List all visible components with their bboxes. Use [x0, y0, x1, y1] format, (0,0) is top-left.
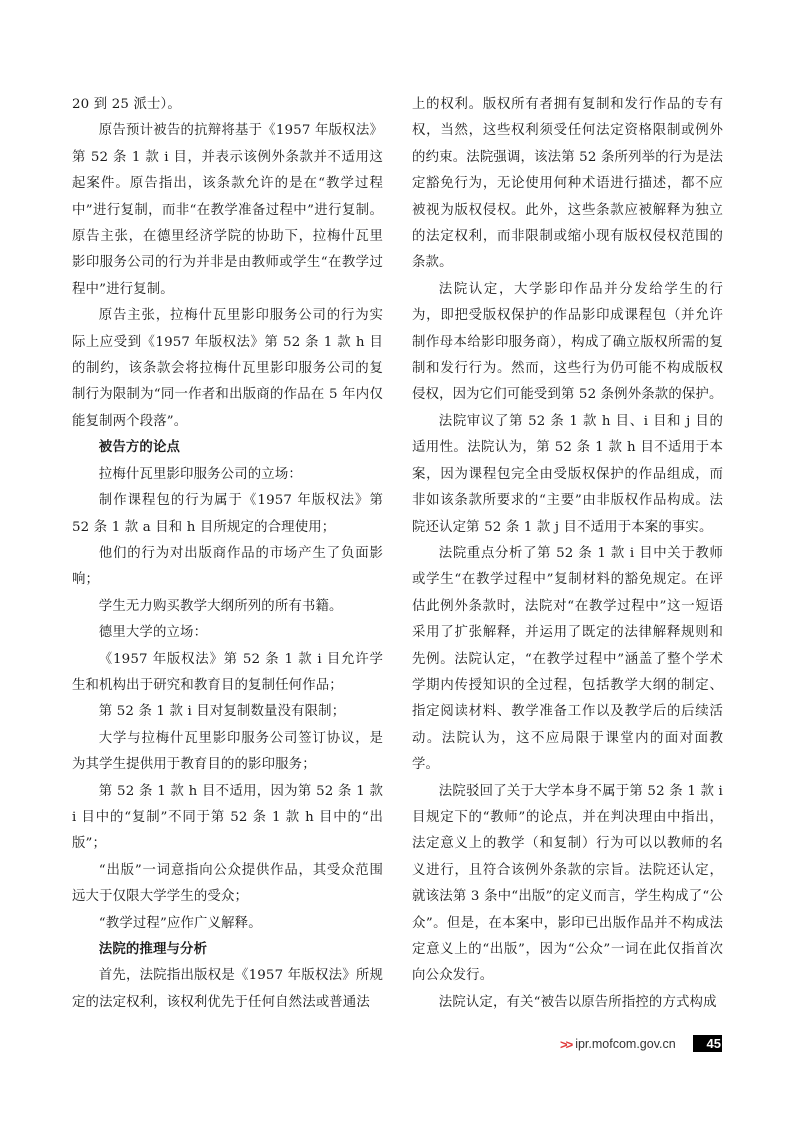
paragraph: 20 到 25 派士）。: [72, 92, 383, 118]
left-column: 20 到 25 派士）。 原告预计被告的抗辩将基于《1957 年版权法》第 52…: [72, 92, 383, 1016]
page-number: 45: [693, 1035, 722, 1052]
paragraph: 他们的行为对出版商作品的市场产生了负面影响；: [72, 541, 383, 594]
footer-website-link[interactable]: ipr.mofcom.gov.cn: [575, 1037, 676, 1051]
paragraph: 原告预计被告的抗辩将基于《1957 年版权法》第 52 条 1 款 i 目，并表…: [72, 118, 383, 303]
paragraph: 法院驳回了关于大学本身不属于第 52 条 1 款 i 目规定下的“教师”的论点，…: [412, 779, 723, 990]
right-column: 上的权利。版权所有者拥有复制和发行作品的专有权，当然，这些权利须受任何法定资格限…: [412, 92, 723, 1016]
paragraph: 法院重点分析了第 52 条 1 款 i 目中关于教师或学生“在教学过程中”复制材…: [412, 541, 723, 779]
paragraph: 法院审议了第 52 条 1 款 h 目、i 目和 j 目的适用性。法院认为，第 …: [412, 409, 723, 541]
double-chevron-right-icon: >>: [560, 1037, 571, 1052]
paragraph: 拉梅什瓦里影印服务公司的立场：: [72, 462, 383, 488]
paragraph: “出版”一词意指向公众提供作品，其受众范围远大于仅限大学学生的受众；: [72, 858, 383, 911]
paragraph: 德里大学的立场：: [72, 620, 383, 646]
paragraph: 法院认定，大学影印作品并分发给学生的行为，即把受版权保护的作品影印成课程包（并允…: [412, 277, 723, 409]
paragraph: 原告主张，拉梅什瓦里影印服务公司的行为实际上应受到《1957 年版权法》第 52…: [72, 303, 383, 435]
paragraph: 大学与拉梅什瓦里影印服务公司签订协议，是为其学生提供用于教育目的的影印服务；: [72, 726, 383, 779]
page-footer: >> ipr.mofcom.gov.cn 45: [560, 1035, 676, 1053]
paragraph: 上的权利。版权所有者拥有复制和发行作品的专有权，当然，这些权利须受任何法定资格限…: [412, 92, 723, 277]
paragraph: 法院认定，有关“被告以原告所指控的方式构成: [412, 990, 723, 1016]
paragraph: 《1957 年版权法》第 52 条 1 款 i 目允许学生和机构出于研究和教育目…: [72, 647, 383, 700]
section-heading-defendant-arguments: 被告方的论点: [72, 435, 383, 461]
paragraph: 第 52 条 1 款 h 目不适用，因为第 52 条 1 款 i 目中的“复制”…: [72, 779, 383, 858]
paragraph: “教学过程”应作广义解释。: [72, 911, 383, 937]
paragraph: 首先，法院指出版权是《1957 年版权法》所规定的法定权利，该权利优先于任何自然…: [72, 963, 383, 1016]
paragraph: 制作课程包的行为属于《1957 年版权法》第 52 条 1 款 a 目和 h 目…: [72, 488, 383, 541]
section-heading-court-reasoning: 法院的推理与分析: [72, 937, 383, 963]
paragraph: 第 52 条 1 款 i 目对复制数量没有限制；: [72, 699, 383, 725]
paragraph: 学生无力购买教学大纲所列的所有书籍。: [72, 594, 383, 620]
